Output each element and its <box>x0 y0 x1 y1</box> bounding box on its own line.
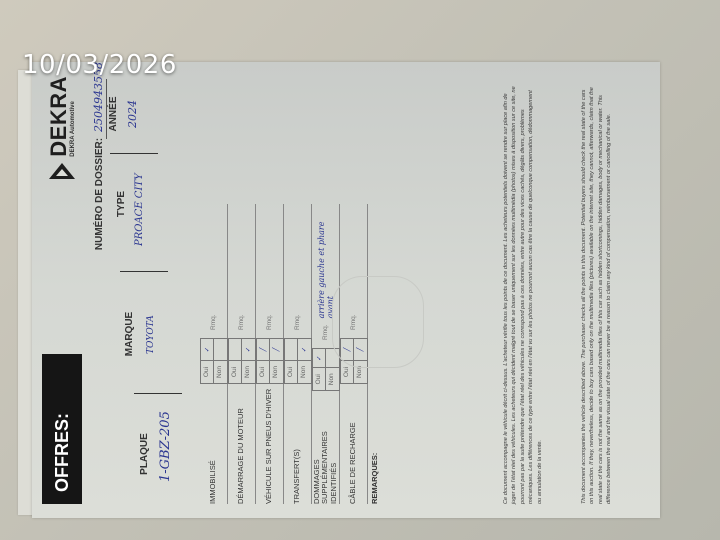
no-label: Non <box>270 360 283 383</box>
dekra-logo-icon <box>49 163 75 179</box>
row-label: DOMMAGES SUPPLÉMENTAIRES IDENTIFIÉS <box>313 391 338 504</box>
type-label: TYPE <box>116 154 127 254</box>
yes-checkbox[interactable]: ╱ <box>257 339 270 360</box>
legal-text-fr: Ce document accompagne le véhicule décri… <box>502 84 544 504</box>
brand-name: DEKRA <box>48 76 70 157</box>
yes-label: Oui <box>257 360 270 383</box>
yes-no-box: Oui✓ Non <box>200 338 228 384</box>
type-value: PROACE CITY <box>134 173 145 246</box>
yes-checkbox[interactable]: ✓ <box>201 339 214 360</box>
row-label: DÉMARRAGE DU MOTEUR <box>237 384 245 504</box>
no-label: Non <box>298 360 311 383</box>
no-label: Non <box>214 360 227 383</box>
marque-label: MARQUE <box>124 284 135 384</box>
no-checkbox[interactable] <box>214 339 227 360</box>
plaque-value: 1-GBZ-205 <box>158 411 173 482</box>
table-row: VÉHICULE SUR PNEUS D'HIVER Oui╱ Non╱ Rmq… <box>256 204 284 504</box>
row-label: IMMOBILISÉ <box>209 384 217 504</box>
dekra-logo: DEKRA DEKRA Automotive <box>48 76 76 179</box>
yes-label: Oui <box>313 367 326 390</box>
divider <box>110 153 158 154</box>
remark-label: Rmq. <box>210 314 217 330</box>
row-label: CÂBLE DE RECHARGE <box>349 384 357 504</box>
yes-no-box: Oui✓ Non <box>312 348 340 391</box>
form-title: OFFRES: <box>42 354 82 504</box>
table-row: TRANSFERT(S) Oui Non✓ Rmq. <box>284 204 312 504</box>
no-label: Non <box>242 360 255 383</box>
remark-label: Rmq. <box>266 314 273 330</box>
no-label: Non <box>326 367 339 390</box>
remark-label: Rmq. <box>294 314 301 330</box>
row-label: TRANSFERT(S) <box>293 384 301 504</box>
dossier-underline <box>106 79 107 139</box>
remarks-label: REMARQUES: <box>370 453 379 504</box>
yes-checkbox[interactable]: ✓ <box>313 349 326 367</box>
marque-value: TOYOTA <box>146 315 156 354</box>
faded-stamp <box>332 276 424 368</box>
row-label: VÉHICULE SUR PNEUS D'HIVER <box>265 384 273 504</box>
yes-checkbox[interactable] <box>229 339 242 360</box>
no-checkbox[interactable]: ✓ <box>298 339 311 360</box>
yes-no-box: Oui Non✓ <box>284 338 312 384</box>
table-row: DÉMARRAGE DU MOTEUR Oui Non✓ Rmq. <box>228 204 256 504</box>
yes-no-box: Oui╱ Non╱ <box>256 338 284 384</box>
no-checkbox[interactable]: ╱ <box>270 339 283 360</box>
yes-label: Oui <box>229 360 242 383</box>
divider <box>120 271 168 272</box>
legal-text-en: This document accompanies the vehicle de… <box>580 84 614 504</box>
photo-timestamp: 10/03/2026 <box>22 50 177 80</box>
offer-form-sheet: OFFRES: DEKRA DEKRA Automotive NUMÉRO DE… <box>32 62 660 518</box>
plaque-label: PLAQUE <box>139 404 150 504</box>
table-row: IMMOBILISÉ Oui✓ Non Rmq. <box>200 204 228 504</box>
annee-label: ANNÉE <box>108 84 119 144</box>
no-checkbox[interactable]: ✓ <box>242 339 255 360</box>
yes-checkbox[interactable] <box>285 339 298 360</box>
remark-label: Rmq. <box>238 314 245 330</box>
divider <box>134 393 182 394</box>
remark-label: Rmq. <box>322 324 329 340</box>
yes-label: Oui <box>285 360 298 383</box>
annee-value: 2024 <box>126 100 139 128</box>
dossier-label: NUMÉRO DE DOSSIER: <box>94 134 105 254</box>
yes-label: Oui <box>201 360 214 383</box>
vehicle-header: NUMÉRO DE DOSSIER: 2504943558 PLAQUE 1-G… <box>94 76 184 504</box>
yes-no-box: Oui Non✓ <box>228 338 256 384</box>
